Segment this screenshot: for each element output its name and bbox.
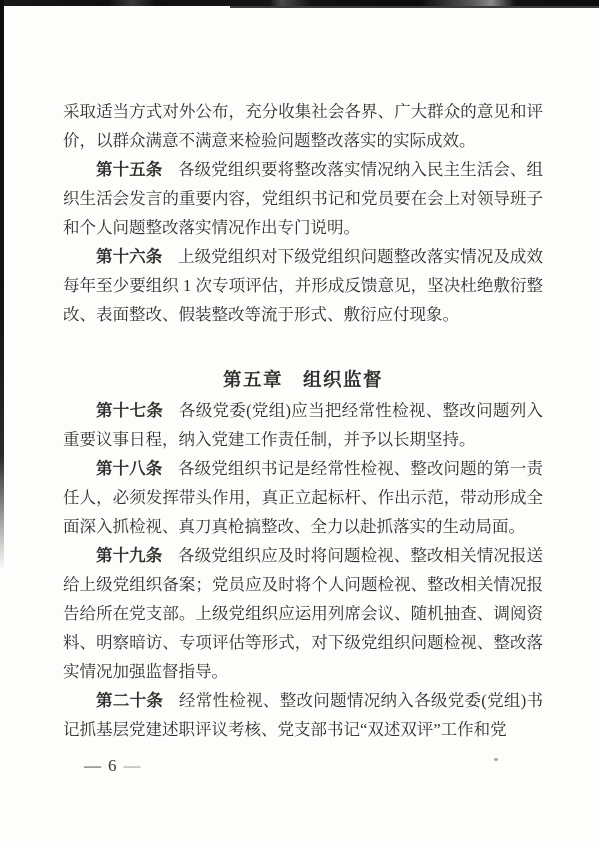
- scanned-document-page: 采取适当方式对外公布，充分收集社会各界、广大群众的意见和评价，以群众满意不满意来…: [0, 0, 599, 846]
- article-15-paragraph: 第十五条各级党组织要将整改落实情况纳入民主生活会、组织生活会发言的重要内容，党组…: [63, 155, 543, 242]
- page-number-dash-left: —: [84, 756, 102, 775]
- page-number: —6—: [84, 751, 142, 780]
- article-19-paragraph: 第十九条各级党组织应及时将问题检视、整改相关情况报送给上级党组织备案；党员应及时…: [63, 541, 543, 686]
- article-20-paragraph: 第二十条经常性检视、整改问题情况纳入各级党委(党组)书记抓基层党建述职评议考核、…: [63, 686, 543, 744]
- article-19-number: 第十九条: [96, 546, 162, 565]
- article-19-text: 各级党组织应及时将问题检视、整改相关情况报送给上级党组织备案；党员应及时将个人问…: [63, 546, 543, 681]
- continuation-paragraph: 采取适当方式对外公布，充分收集社会各界、广大群众的意见和评价，以群众满意不满意来…: [63, 97, 543, 155]
- chapter-heading: 第五章 组织监督: [63, 367, 543, 396]
- article-15-number: 第十五条: [96, 160, 162, 179]
- page-number-dash-right: —: [124, 756, 142, 775]
- page-number-value: 6: [102, 756, 124, 775]
- article-18-number: 第十八条: [96, 459, 162, 478]
- article-16-number: 第十六条: [96, 247, 162, 266]
- article-16-paragraph: 第十六条上级党组织对下级党组织问题整改落实情况及成效每年至少要组织 1 次专项评…: [63, 242, 543, 329]
- scan-edge-left: [0, 0, 4, 570]
- article-20-number: 第二十条: [96, 691, 163, 710]
- scan-edge-top-shadow: [230, 6, 599, 8]
- article-17-number: 第十七条: [96, 401, 163, 420]
- scan-ink-speck: [494, 758, 498, 761]
- article-17-paragraph: 第十七条各级党委(党组)应当把经常性检视、整改问题列入重要议事日程，纳入党建工作…: [63, 396, 543, 454]
- article-18-paragraph: 第十八条各级党组织书记是经常性检视、整改问题的第一责任人，必须发挥带头作用，真正…: [63, 454, 543, 541]
- document-text: 采取适当方式对外公布，充分收集社会各界、广大群众的意见和评价，以群众满意不满意来…: [63, 97, 543, 744]
